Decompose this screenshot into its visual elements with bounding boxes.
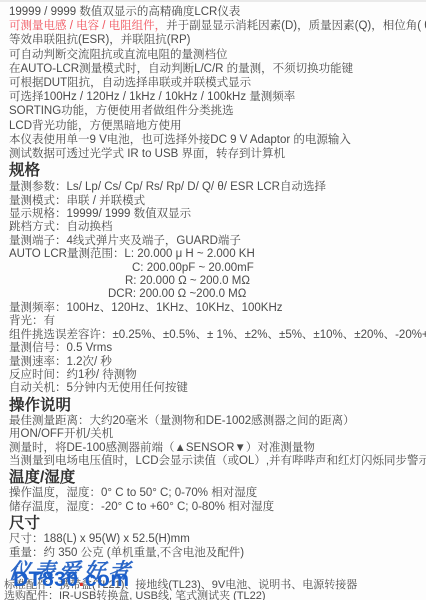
spec-terminals: 量测端子：4线式弹片夹及端子，GUARD端子 xyxy=(9,235,426,248)
feature-line-11: 测试数据可透过光学式 IR to USB 界面，转存到计算机 xyxy=(9,147,426,161)
section-title-specs: 规格 xyxy=(9,162,426,179)
feature-line-2: 可测量电感 / 电容 / 电阻组件，并于副显显示消耗因素(D)，质量因素(Q)，… xyxy=(9,19,426,33)
feature-line-8: SORTING功能，方便使用者做组件分类挑选 xyxy=(9,104,426,118)
spec-backlight: 背光：有 xyxy=(9,315,426,328)
watermark-site-logo: DT830.com xyxy=(13,569,130,591)
spec-signal: 量测信号：0.5 Vrms xyxy=(9,342,426,355)
feature-line-1: 19999 / 9999 数值双显示的高精确度LCR仪表 xyxy=(9,5,426,19)
spec-sorting-tolerance: 组件挑选误差容许：±0.25%、±0.5%、± 1%、±2%、±5%、±10%、… xyxy=(9,329,426,342)
feature-line-3: 等效串联阻抗(ESR)，并联阻抗(RP) xyxy=(9,33,426,47)
lcr-spec-document: 19999 / 9999 数值双显示的高精确度LCR仪表 可测量电感 / 电容 … xyxy=(0,2,426,600)
watermark-site-suffix: com xyxy=(85,568,130,591)
operation-line-3: 测量时，将DE-100感测器前端（▲SENSOR▼）对准测量物 xyxy=(9,442,426,455)
spec-params: 量测参数：Ls/ Lp/ Cs/ Cp/ Rs/ Rp/ D/ Q/ θ/ ES… xyxy=(9,181,426,194)
spec-auto-lcr-l: AUTO LCR量测范围：L: 20.000 μ H ~ 2.000 KH xyxy=(9,248,426,261)
operating-temp-humidity: 操作温度，湿度：0° C to 50° C; 0-70% 相对湿度 xyxy=(9,487,426,500)
highlighted-measure-text: 可测量电感 / 电容 / 电阻组件， xyxy=(9,20,166,32)
spec-frequency: 量测频率：100Hz、120Hz、1KHz、10KHz、100KHz xyxy=(9,302,426,315)
feature-line-2-rest: 并于副显显示消耗因素(D)，质量因素(Q)，相位角( θ )， xyxy=(166,20,426,32)
spec-auto-off: 自动关机：5分钟内无使用任何按键 xyxy=(9,382,426,395)
section-title-operation: 操作说明 xyxy=(9,397,426,414)
operation-line-2: 用ON/OFF开机/关机 xyxy=(9,428,426,441)
optional-accessories: 选购配件：IR-USB转换盒, USB线, 笔式测试夹 (TL22) xyxy=(3,591,426,600)
watermark-site-prefix: DT830 xyxy=(13,568,79,591)
feature-list: 19999 / 9999 数值双显示的高精确度LCR仪表 可测量电感 / 电容 … xyxy=(9,5,426,161)
storage-temp-humidity: 储存温度，湿度：-20° C to +60° C; 0-80% 相对湿度 xyxy=(9,501,426,514)
dimension-size: 尺寸：188(L) x 95(W) x 52.5(H)mm xyxy=(9,533,426,546)
spec-response-time: 反应时间：约1秒/ 待测物 xyxy=(9,369,426,382)
accessories-watermark-block: 仪表爱好者 标准配件：携带盒(TL21)、接地线(TL23)、9V电池、说明书、… xyxy=(3,560,426,600)
feature-line-5: 在AUTO-LCR测量模式时，自动判断L/C/R 的量测，不须切换功能键 xyxy=(9,62,426,76)
spec-display: 显示规格：19999/ 1999 数值双显示 xyxy=(9,208,426,221)
feature-line-7: 可选择100Hz / 120Hz / 1kHz / 10kHz / 100kHz… xyxy=(9,90,426,104)
spec-mode: 量测模式：串联 / 并联模式 xyxy=(9,195,426,208)
feature-line-4: 可自动判断交流阻抗或直流电阻的量测档位 xyxy=(9,48,426,62)
spec-auto-lcr-dcr: DCR: 200.00 Ω ~200.0 MΩ xyxy=(9,288,426,301)
operation-line-1: 最佳测量距离：大约20毫米（量测物和DE-1002感测器之间的距离） xyxy=(9,415,426,428)
spec-ranging: 跳档方式：自动换档 xyxy=(9,221,426,234)
operation-line-4: 当测量到电场电压值时，LCD会显示读值（或OL）,并有哔哔声和红灯闪烁同步警示 xyxy=(9,455,426,468)
section-title-dimensions: 尺寸 xyxy=(9,515,426,532)
spec-auto-lcr-c: C: 200.00pF ~ 20.00mF xyxy=(9,262,426,275)
feature-line-9: LCD背光功能，方便黑暗地方使用 xyxy=(9,119,426,133)
spec-auto-lcr-r: R: 20.000 Ω ~ 200.0 MΩ xyxy=(9,275,426,288)
section-title-temp-humidity: 温度/湿度 xyxy=(9,469,426,486)
feature-line-6: 可根据DUT阻抗，自动选择串联或并联模式显示 xyxy=(9,76,426,90)
feature-line-10: 本仪表使用单一9 V电池，也可选择外接DC 9 V Adaptor 的电源输入 xyxy=(9,133,426,147)
spec-rate: 量测速率：1.2次/ 秒 xyxy=(9,356,426,369)
